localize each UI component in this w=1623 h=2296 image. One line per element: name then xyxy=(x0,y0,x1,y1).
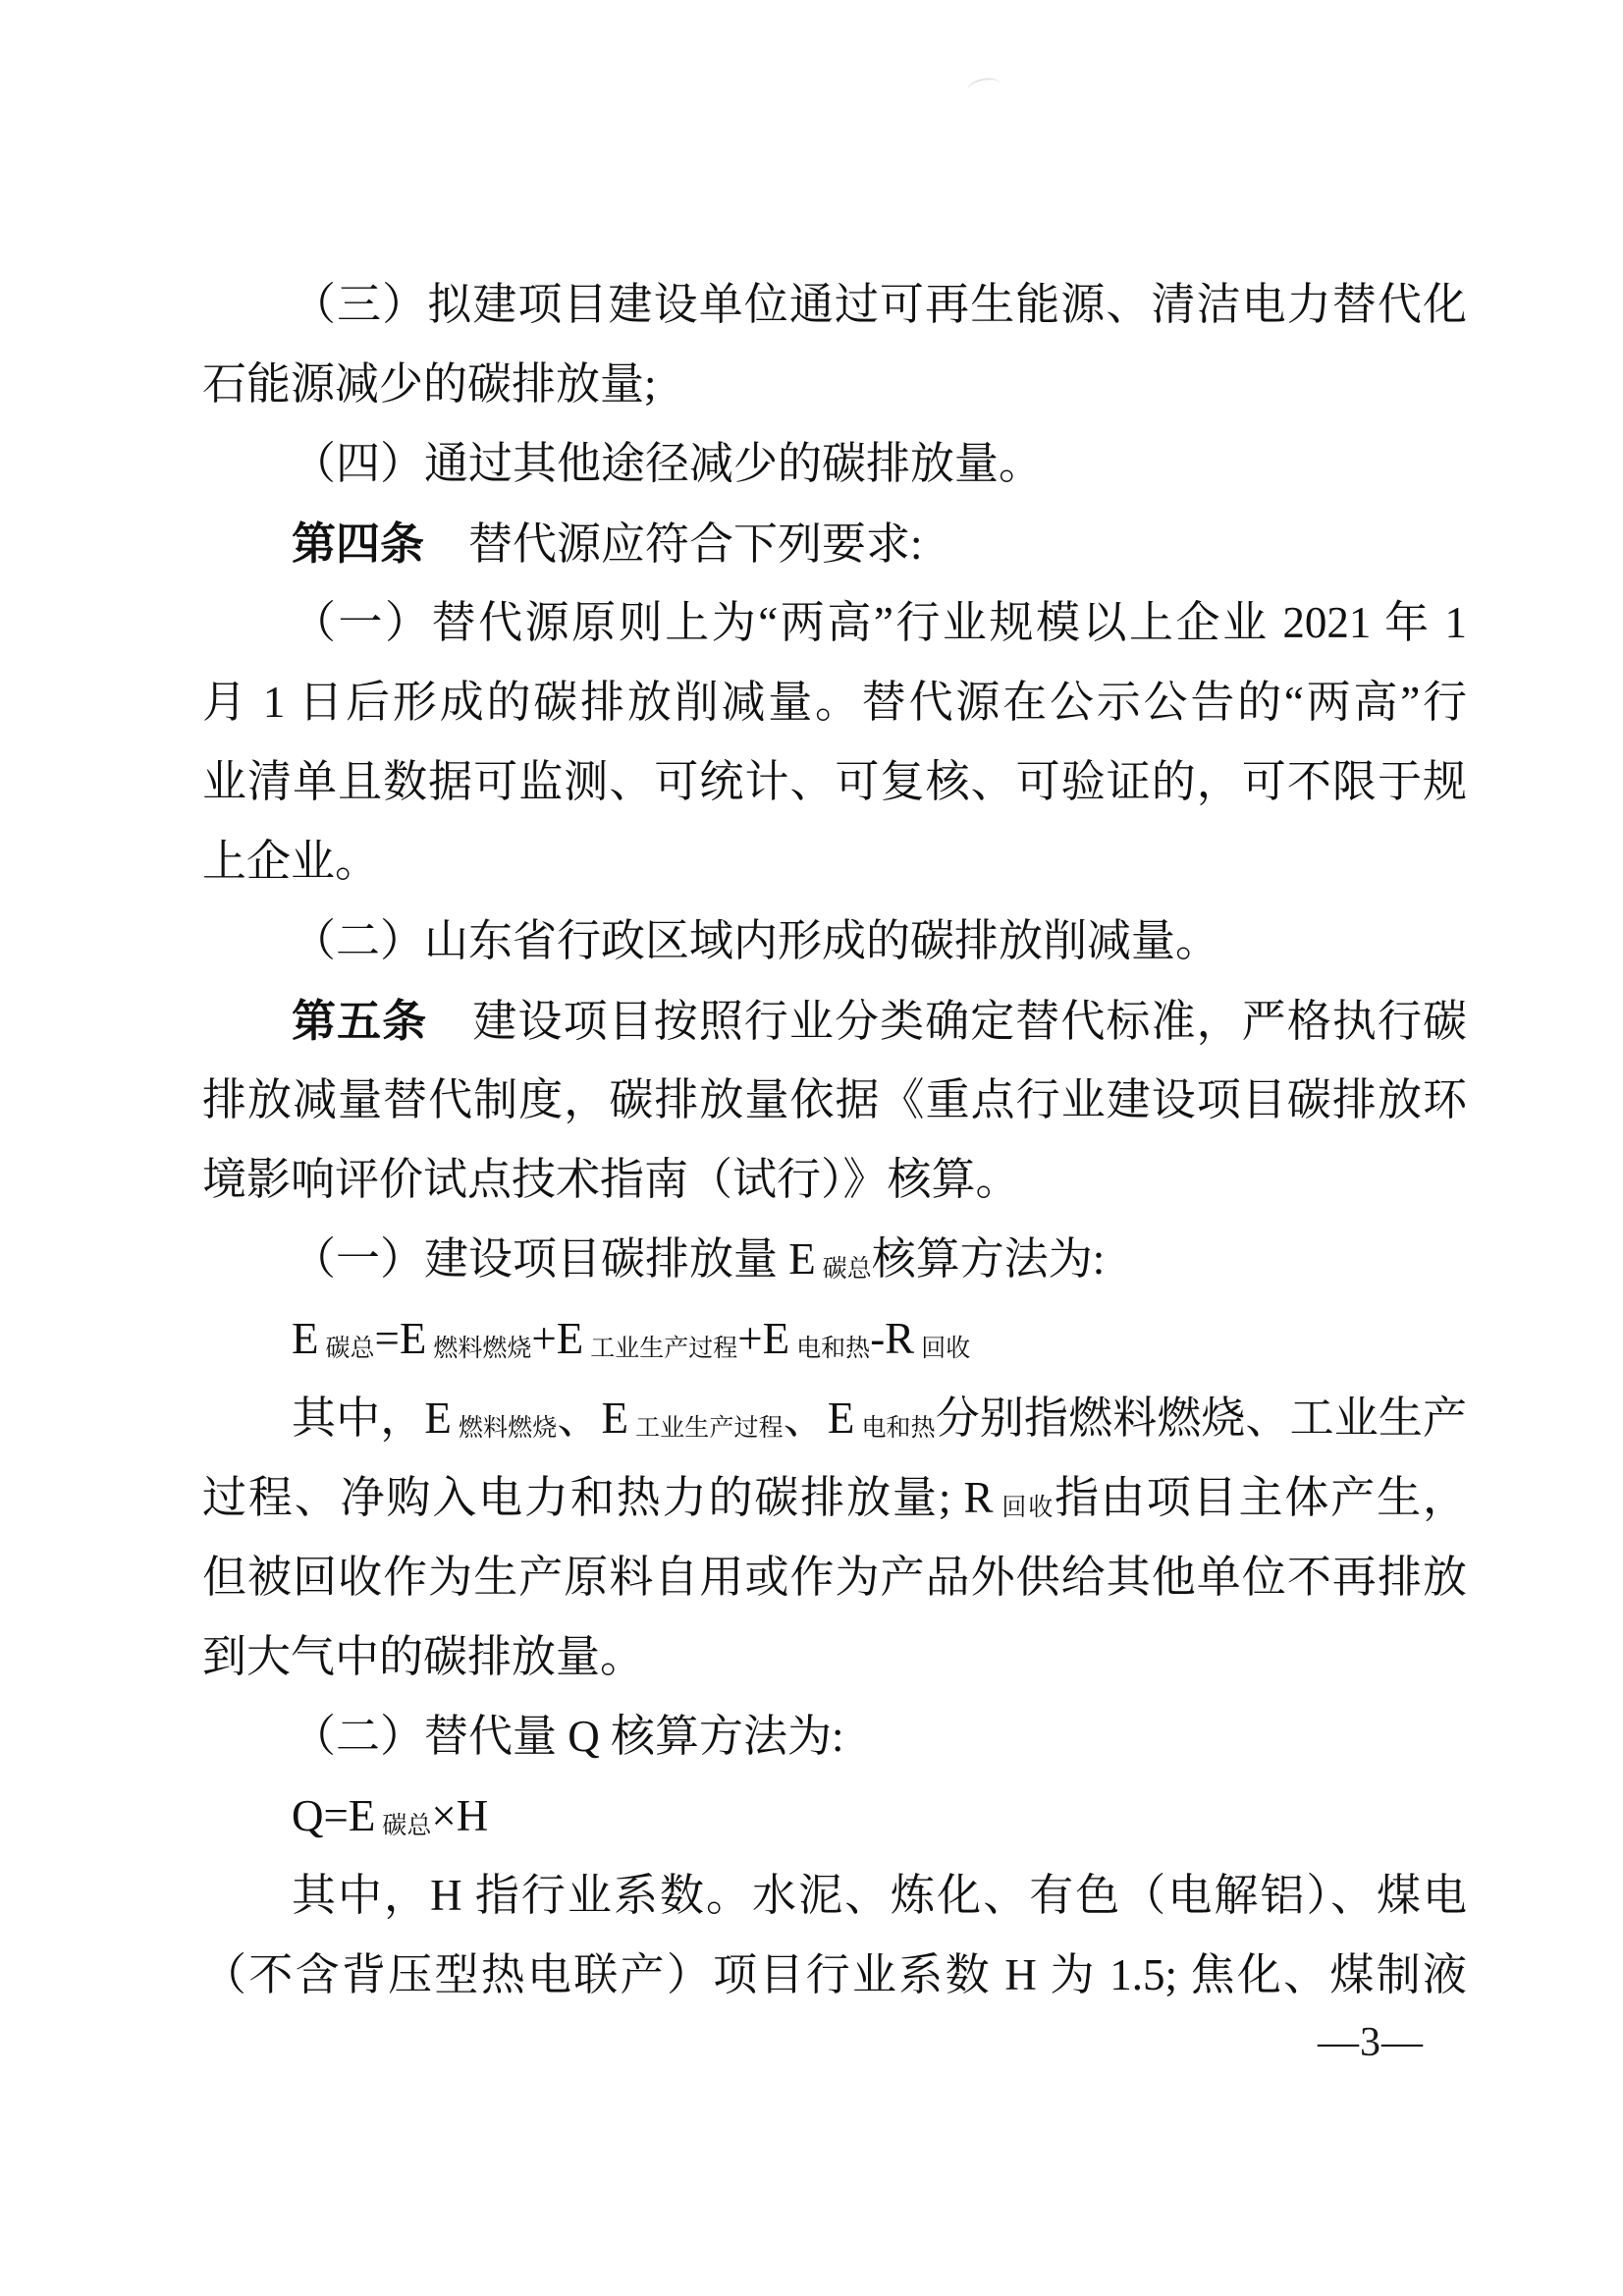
document-line: 上企业。 xyxy=(202,822,1467,902)
document-line: 排放减量替代制度，碳排放量依据《重点行业建设项目碳排放环 xyxy=(202,1061,1467,1140)
document-line: 第四条 替代源应符合下列要求: xyxy=(202,504,1467,583)
body-text: 境影响评价试点技术指南（试行）》核算。 xyxy=(202,1155,1020,1204)
document-line: 业清单且数据可监测、可统计、可复核、可验证的，可不限于规 xyxy=(202,742,1467,822)
subscript-text: 碳总 xyxy=(382,1813,431,1839)
body-text: 排放减量替代制度，碳排放量依据《重点行业建设项目碳排放环 xyxy=(202,1075,1467,1124)
formula-e-total: E碳总=E燃料燃烧+E工业生产过程+E电和热-R回收 xyxy=(202,1299,1467,1379)
formula-q: Q=E碳总×H xyxy=(202,1777,1467,1856)
subscript-text: 碳总 xyxy=(823,1256,872,1283)
body-text: 其中，H 指行业系数。水泥、炼化、有色（电解铝）、煤电 xyxy=(292,1871,1467,1920)
body-text: 分别指燃料燃烧、工业生产 xyxy=(936,1394,1467,1443)
body-text: =E xyxy=(375,1314,427,1363)
body-text: 到大气中的碳排放量。 xyxy=(202,1632,644,1681)
document-line: （四）通过其他途径减少的碳排放量。 xyxy=(202,424,1467,504)
body-text: （一）建设项目碳排放量 E xyxy=(292,1234,816,1284)
body-text: （二）替代量 Q 核算方法为: xyxy=(292,1712,844,1761)
document-line: 但被回收作为生产原料自用或作为产品外供给其他单位不再排放 xyxy=(202,1538,1467,1617)
body-text: +E xyxy=(737,1314,789,1363)
body-text: （二）山东省行政区域内形成的碳排放削减量。 xyxy=(292,916,1219,965)
body-text: 石能源减少的碳排放量; xyxy=(202,359,657,409)
document-page: （三）拟建项目建设单位通过可再生能源、清洁电力替代化石能源减少的碳排放量;（四）… xyxy=(0,0,1623,2296)
scan-artifact-mark xyxy=(966,76,1002,100)
body-text: 其中，E xyxy=(292,1394,452,1443)
document-line: 石能源减少的碳排放量; xyxy=(202,345,1467,424)
page-number: —3— xyxy=(1318,2019,1424,2066)
body-text: E xyxy=(292,1314,319,1363)
document-line: （三）拟建项目建设单位通过可再生能源、清洁电力替代化 xyxy=(202,265,1467,345)
body-text: +E xyxy=(531,1314,583,1363)
body-text: Q=E xyxy=(292,1791,375,1840)
subscript-text: 回收 xyxy=(1000,1495,1055,1521)
body-text: （一）替代源原则上为“两高”行业规模以上企业 2021 年 1 xyxy=(292,598,1467,647)
subscript-text: 工业生产过程 xyxy=(590,1336,737,1362)
subscript-text: 工业生产过程 xyxy=(635,1415,784,1442)
body-text: 替代源应符合下列要求: xyxy=(424,519,923,569)
document-line: （二）替代量 Q 核算方法为: xyxy=(202,1697,1467,1777)
subscript-text: 电和热 xyxy=(861,1415,935,1442)
document-body: （三）拟建项目建设单位通过可再生能源、清洁电力替代化石能源减少的碳排放量;（四）… xyxy=(202,265,1467,2015)
document-line: 其中，E燃料燃烧、E工业生产过程、E电和热分别指燃料燃烧、工业生产 xyxy=(202,1379,1467,1458)
body-text: ×H xyxy=(431,1791,488,1840)
body-text: 建设项目按照行业分类确定替代标准，严格执行碳 xyxy=(427,997,1467,1046)
document-line: 到大气中的碳排放量。 xyxy=(202,1617,1467,1697)
document-line: 过程、净购入电力和热力的碳排放量; R回收指由项目主体产生， xyxy=(202,1458,1467,1538)
body-text: 指由项目主体产生， xyxy=(1055,1473,1467,1522)
document-line: （一）替代源原则上为“两高”行业规模以上企业 2021 年 1 xyxy=(202,583,1467,663)
subscript-text: 电和热 xyxy=(796,1336,870,1362)
body-text: 、E xyxy=(557,1394,628,1443)
body-text: 但被回收作为生产原料自用或作为产品外供给其他单位不再排放 xyxy=(202,1553,1467,1602)
subscript-text: 回收 xyxy=(921,1336,970,1362)
document-line: （不含背压型热电联产）项目行业系数 H 为 1.5; 焦化、煤制液 xyxy=(202,1936,1467,2015)
body-text: 核算方法为: xyxy=(872,1234,1106,1284)
clause-heading-text: 第四条 xyxy=(292,519,424,569)
document-line: 境影响评价试点技术指南（试行）》核算。 xyxy=(202,1140,1467,1220)
body-text: -R xyxy=(870,1314,914,1363)
body-text: （四）通过其他途径减少的碳排放量。 xyxy=(292,439,1043,488)
body-text: 业清单且数据可监测、可统计、可复核、可验证的，可不限于规 xyxy=(202,757,1467,806)
body-text: 月 1 日后形成的碳排放削减量。替代源在公示公告的“两高”行 xyxy=(202,678,1467,727)
document-line: 其中，H 指行业系数。水泥、炼化、有色（电解铝）、煤电 xyxy=(202,1856,1467,1936)
clause-heading-text: 第五条 xyxy=(292,996,427,1046)
body-text: 上企业。 xyxy=(202,837,379,886)
body-text: 、E xyxy=(784,1394,855,1443)
subscript-text: 燃料燃烧 xyxy=(433,1336,531,1362)
document-line: 第五条 建设项目按照行业分类确定替代标准，严格执行碳 xyxy=(202,981,1467,1061)
document-line: 月 1 日后形成的碳排放削减量。替代源在公示公告的“两高”行 xyxy=(202,663,1467,742)
document-line: （一）建设项目碳排放量 E碳总核算方法为: xyxy=(202,1220,1467,1299)
body-text: （不含背压型热电联产）项目行业系数 H 为 1.5; 焦化、煤制液 xyxy=(202,1950,1467,1999)
document-line: （二）山东省行政区域内形成的碳排放削减量。 xyxy=(202,902,1467,981)
subscript-text: 碳总 xyxy=(326,1336,375,1362)
body-text: 过程、净购入电力和热力的碳排放量; R xyxy=(202,1473,993,1522)
body-text: （三）拟建项目建设单位通过可再生能源、清洁电力替代化 xyxy=(292,280,1467,329)
subscript-text: 燃料燃烧 xyxy=(459,1415,558,1442)
